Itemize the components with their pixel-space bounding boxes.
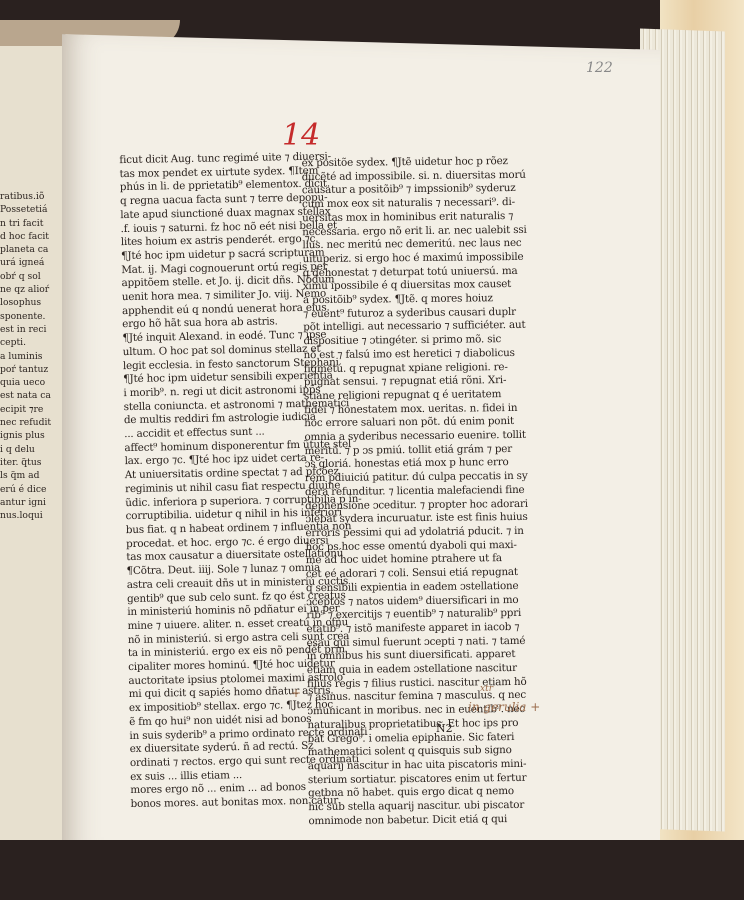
text-line: d hoc facit — [0, 230, 64, 243]
text-line: ne qz alioŕ — [0, 283, 64, 296]
text-line: i q delu — [0, 443, 64, 456]
text-line: poŕ tantuz — [0, 363, 64, 376]
text-line: cepti. — [0, 336, 64, 349]
text-line: est in reci — [0, 323, 64, 336]
text-line: est nata ca — [0, 389, 64, 402]
text-line: ls q̃m ad — [0, 469, 64, 482]
signature-mark: Ñ2 — [436, 722, 453, 735]
marginal-cross: + — [291, 686, 301, 700]
left-page-text: ratibus.iõPossetetián tri facitd hoc fac… — [0, 190, 64, 522]
text-line: quia ueco — [0, 376, 64, 389]
text-line: ignis plus — [0, 429, 64, 442]
text-line: obŕ q sol — [0, 270, 64, 283]
text-line: nus.loqui — [0, 509, 64, 522]
text-line: a luminis — [0, 350, 64, 363]
text-line: antur igni — [0, 496, 64, 509]
marginal-note: in gerulia + — [468, 700, 540, 714]
text-line: planeta ca — [0, 243, 64, 256]
text-column-2: ex positõe sydex. ¶Jtẽ uidetur hoc p rõe… — [301, 155, 532, 829]
text-line: losophus — [0, 296, 64, 309]
text-line: urá igneá — [0, 256, 64, 269]
text-line: ecipit ⁊re — [0, 403, 64, 416]
text-line: ratibus.iõ — [0, 190, 64, 203]
text-line: iter. q̃tus — [0, 456, 64, 469]
text-line: omnimode non babetur. Dicit etiá q qui — [308, 813, 532, 829]
background — [0, 840, 744, 900]
folio-number-pencil: 122 — [586, 60, 613, 76]
marginal-note-above: xtr — [480, 684, 493, 694]
text-line: sponente. — [0, 310, 64, 323]
text-line: n tri facit — [0, 217, 64, 230]
text-line: ximú ipossibile é q diuersitas mox cause… — [303, 278, 527, 294]
text-line: nec refudit — [0, 416, 64, 429]
folio-number-red: 14 — [282, 118, 320, 153]
text-line: erú é dice — [0, 483, 64, 496]
text-line: Possetetiá — [0, 203, 64, 216]
